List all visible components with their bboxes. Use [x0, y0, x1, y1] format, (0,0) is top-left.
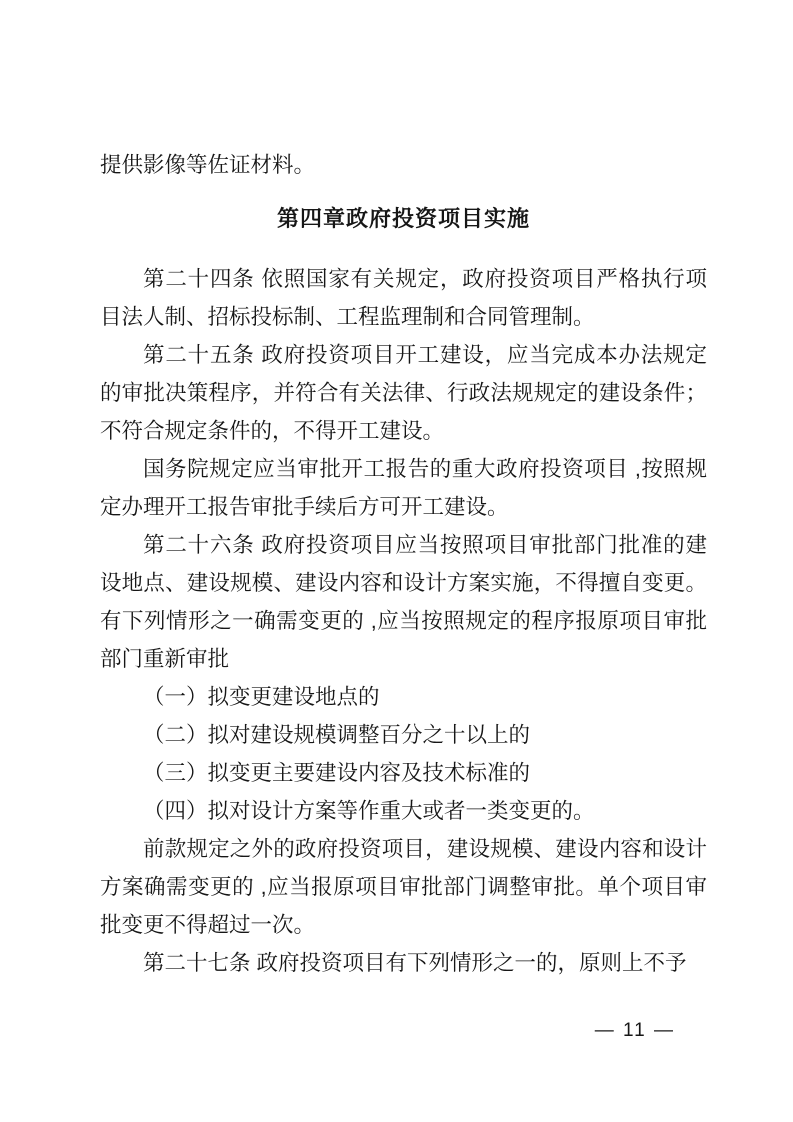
document-page: 提供影像等佐证材料。 第四章政府投资项目实施 第二十四条 依照国家有关规定，政府… [0, 0, 793, 1122]
clause-item-3: （三）拟变更主要建设内容及技术标准的 [100, 754, 707, 792]
lead-continuation-line: 提供影像等佐证材料。 [100, 146, 707, 184]
clause-item-1: （一）拟变更建设地点的 [100, 678, 707, 716]
chapter-title: 第四章政府投资项目实施 [100, 200, 707, 238]
article-24-paragraph: 第二十四条 依照国家有关规定，政府投资项目严格执行项目法人制、招标投标制、工程监… [100, 260, 707, 336]
article-25-paragraph: 第二十五条 政府投资项目开工建设，应当完成本办法规定的审批决策程序，并符合有关法… [100, 336, 707, 450]
clause-item-2: （二）拟对建设规模调整百分之十以上的 [100, 716, 707, 754]
page-number: — 11 — [595, 1012, 675, 1050]
article-27-paragraph: 第二十七条 政府投资项目有下列情形之一的，原则上不予 [100, 944, 707, 982]
clause-item-4: （四）拟对设计方案等作重大或者一类变更的。 [100, 792, 707, 830]
article-26-paragraph: 第二十六条 政府投资项目应当按照项目审批部门批准的建设地点、建设规模、建设内容和… [100, 526, 707, 678]
article-26-closing-paragraph: 前款规定之外的政府投资项目，建设规模、建设内容和设计方案确需变更的 ,应当报原项… [100, 830, 707, 944]
article-25-second-paragraph: 国务院规定应当审批开工报告的重大政府投资项目 ,按照规定办理开工报告审批手续后方… [100, 450, 707, 526]
